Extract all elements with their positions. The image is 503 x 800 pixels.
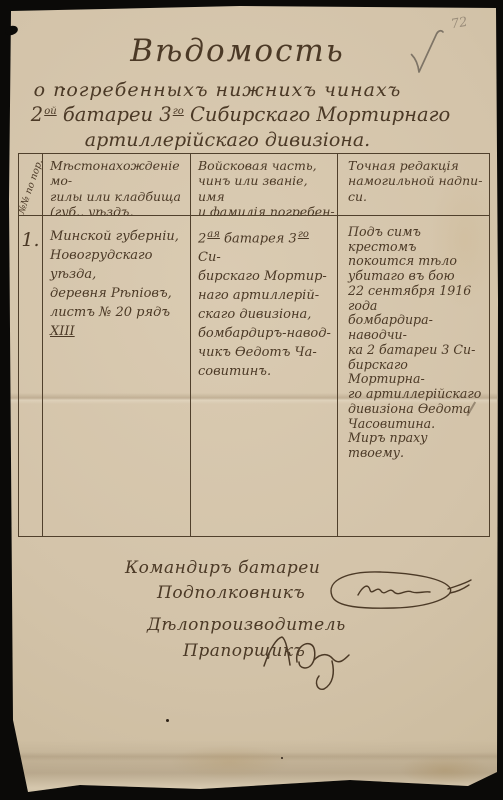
map-sheet-text: листъ № 20 рядъ [50, 305, 170, 320]
clerk-signature-icon [252, 630, 367, 692]
commander-signature-icon [322, 566, 474, 618]
column-header-grave-location: Мѣстонахожденіе мо-гилы или кладбища(губ… [43, 154, 191, 216]
battery-number: 2 [198, 231, 206, 246]
title-unit-line: 2ой батареи 3го Сибирскаго Мортирнаго [10, 103, 495, 126]
title-text: батареи [57, 103, 160, 126]
division-number: 3 [289, 231, 297, 246]
ordinal-suffix: го [298, 229, 309, 240]
ink-speck [281, 757, 283, 759]
unit-and-name-text: бирскаго Мортир-наго артиллерій-скаго ди… [198, 268, 335, 382]
title-division-line: артиллерійскаго дивизіона. [10, 129, 495, 151]
column-header-military-unit: Войсковая часть,чинъ или званіе, имяи фа… [191, 154, 338, 216]
map-reference: листъ № 20 рядъ XIII [50, 304, 188, 342]
paper-sheet: 72 Вѣдомость о погребенныхъ нижнихъ чина… [0, 0, 503, 800]
ordinal-suffix: ая [207, 229, 220, 240]
ordinal-suffix: го [173, 106, 184, 117]
row-number-cell: 1. [19, 216, 43, 536]
unit-text: батарея [220, 231, 289, 246]
column-header-inscription: Точная редакціянамогильной надпи-си. [338, 154, 489, 216]
ink-speck [166, 719, 169, 722]
pencil-page-number: 72 [450, 15, 469, 33]
unit-first-line: 2ая батарея 3го Си- [198, 228, 335, 268]
burial-register-table: №№ по пор. Мѣстонахожденіе мо-гилы или к… [18, 153, 490, 537]
grave-inscription-cell: Подъ симъ крестомъпокоится тѣлоубитаго в… [338, 216, 489, 536]
ordinal-suffix: ой [44, 106, 56, 117]
title-subtitle: о погребенныхъ нижнихъ чинахъ [10, 79, 495, 101]
map-row-numeral: XIII [50, 324, 75, 339]
lower-fold-crease [10, 752, 497, 761]
document-title: Вѣдомость [10, 33, 495, 69]
unit-number: 2 [31, 103, 43, 126]
commander-rank-line: Подполковникъ [157, 583, 305, 603]
bottom-shadow [0, 740, 503, 800]
title-text: Сибирскаго Мортирнаго [184, 103, 450, 126]
scanned-document: 72 Вѣдомость о погребенныхъ нижнихъ чина… [0, 0, 503, 800]
division-number: 3 [159, 103, 171, 126]
grave-location-cell: Минской губерніи,Новогрудскаго уѣзда,дер… [43, 216, 191, 536]
military-unit-cell: 2ая батарея 3го Си- бирскаго Мортир-наго… [191, 216, 338, 536]
location-text: Минской губерніи,Новогрудскаго уѣзда,дер… [50, 228, 188, 304]
unit-text: Си- [198, 250, 221, 265]
commander-title-line: Командиръ батареи [125, 558, 320, 578]
number-column-label: №№ по пор. [19, 156, 43, 216]
column-header-number: №№ по пор. [19, 154, 43, 216]
